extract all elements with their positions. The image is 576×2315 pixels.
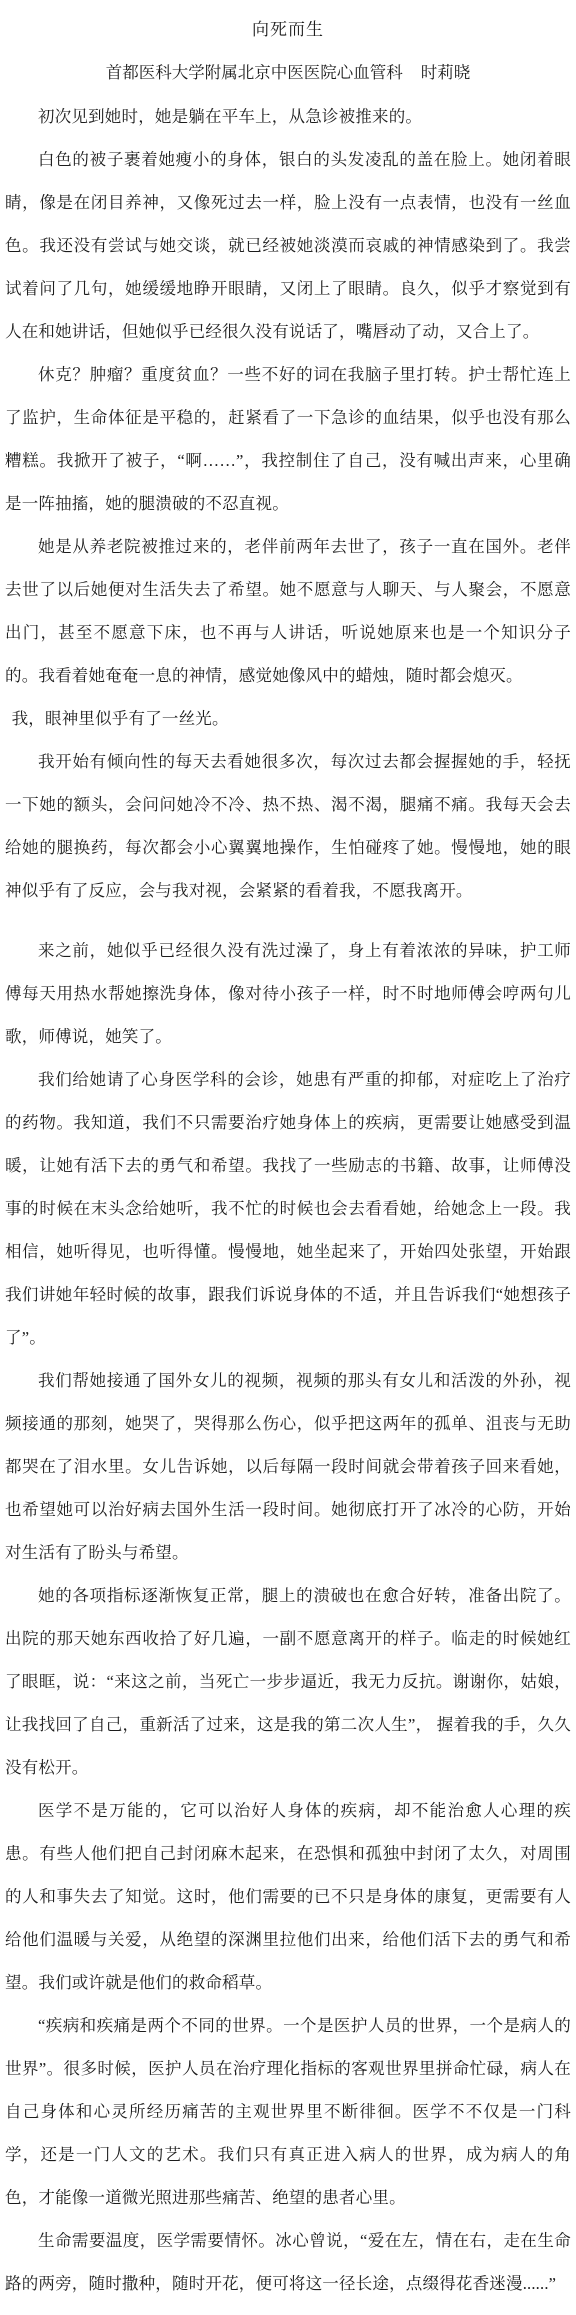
paragraph-1: 初次见到她时，她是躺在平车上，从急诊被推来的。 bbox=[5, 95, 571, 138]
paragraph-11: 医学不是万能的，它可以治好人身体的疾病，却不能治愈人心理的疾患。有些人他们把自己… bbox=[5, 1789, 571, 2004]
paragraph-12: “疾病和疾痛是两个不同的世界。一个是医护人员的世界，一个是病人的世界”。很多时候… bbox=[5, 2004, 571, 2219]
paragraph-4: 她是从养老院被推过来的，老伴前两年去世了，孩子一直在国外。老伴去世了以后她便对生… bbox=[5, 525, 571, 697]
document-title: 向死而生 bbox=[5, 8, 571, 51]
paragraph-10: 她的各项指标逐渐恢复正常，腿上的溃破也在愈合好转，准备出院了。出院的那天她东西收… bbox=[5, 1574, 571, 1789]
paragraph-13: 生命需要温度，医学需要情怀。冰心曾说，“爱在左，情在右，走在生命路的两旁，随时撒… bbox=[5, 2219, 571, 2305]
paragraph-5: 我，眼神里似乎有了一丝光。 bbox=[5, 697, 571, 740]
paragraph-9: 我们帮她接通了国外女儿的视频，视频的那头有女儿和活泼的外孙，视频接通的那刻，她哭… bbox=[5, 1359, 571, 1574]
paragraph-8: 我们给她请了心身医学科的会诊，她患有严重的抑郁，对症吃上了治疗的药物。我知道，我… bbox=[5, 1058, 571, 1359]
document-page: 向死而生 首都医科大学附属北京中医医院心血管科时莉晓 初次见到她时，她是躺在平车… bbox=[0, 0, 576, 2315]
paragraph-3: 休克？肿瘤？重度贫血？一些不好的词在我脑子里打转。护士帮忙连上了监护，生命体征是… bbox=[5, 353, 571, 525]
paragraph-2: 白色的被子裹着她瘦小的身体，银白的头发凌乱的盖在脸上。她闭着眼睛，像是在闭目养神… bbox=[5, 138, 571, 353]
paragraph-6: 我开始有倾向性的每天去看她很多次，每次过去都会握握她的手，轻抚一下她的额头，会问… bbox=[5, 740, 571, 912]
document-body: 初次见到她时，她是躺在平车上，从急诊被推来的。白色的被子裹着她瘦小的身体，银白的… bbox=[5, 95, 571, 2305]
byline-author: 时莉晓 bbox=[421, 63, 471, 82]
byline: 首都医科大学附属北京中医医院心血管科时莉晓 bbox=[5, 51, 571, 95]
byline-affiliation: 首都医科大学附属北京中医医院心血管科 bbox=[106, 63, 403, 82]
paragraph-7: 来之前，她似乎已经很久没有洗过澡了，身上有着浓浓的异味，护工师傅每天用热水帮她擦… bbox=[5, 929, 571, 1058]
